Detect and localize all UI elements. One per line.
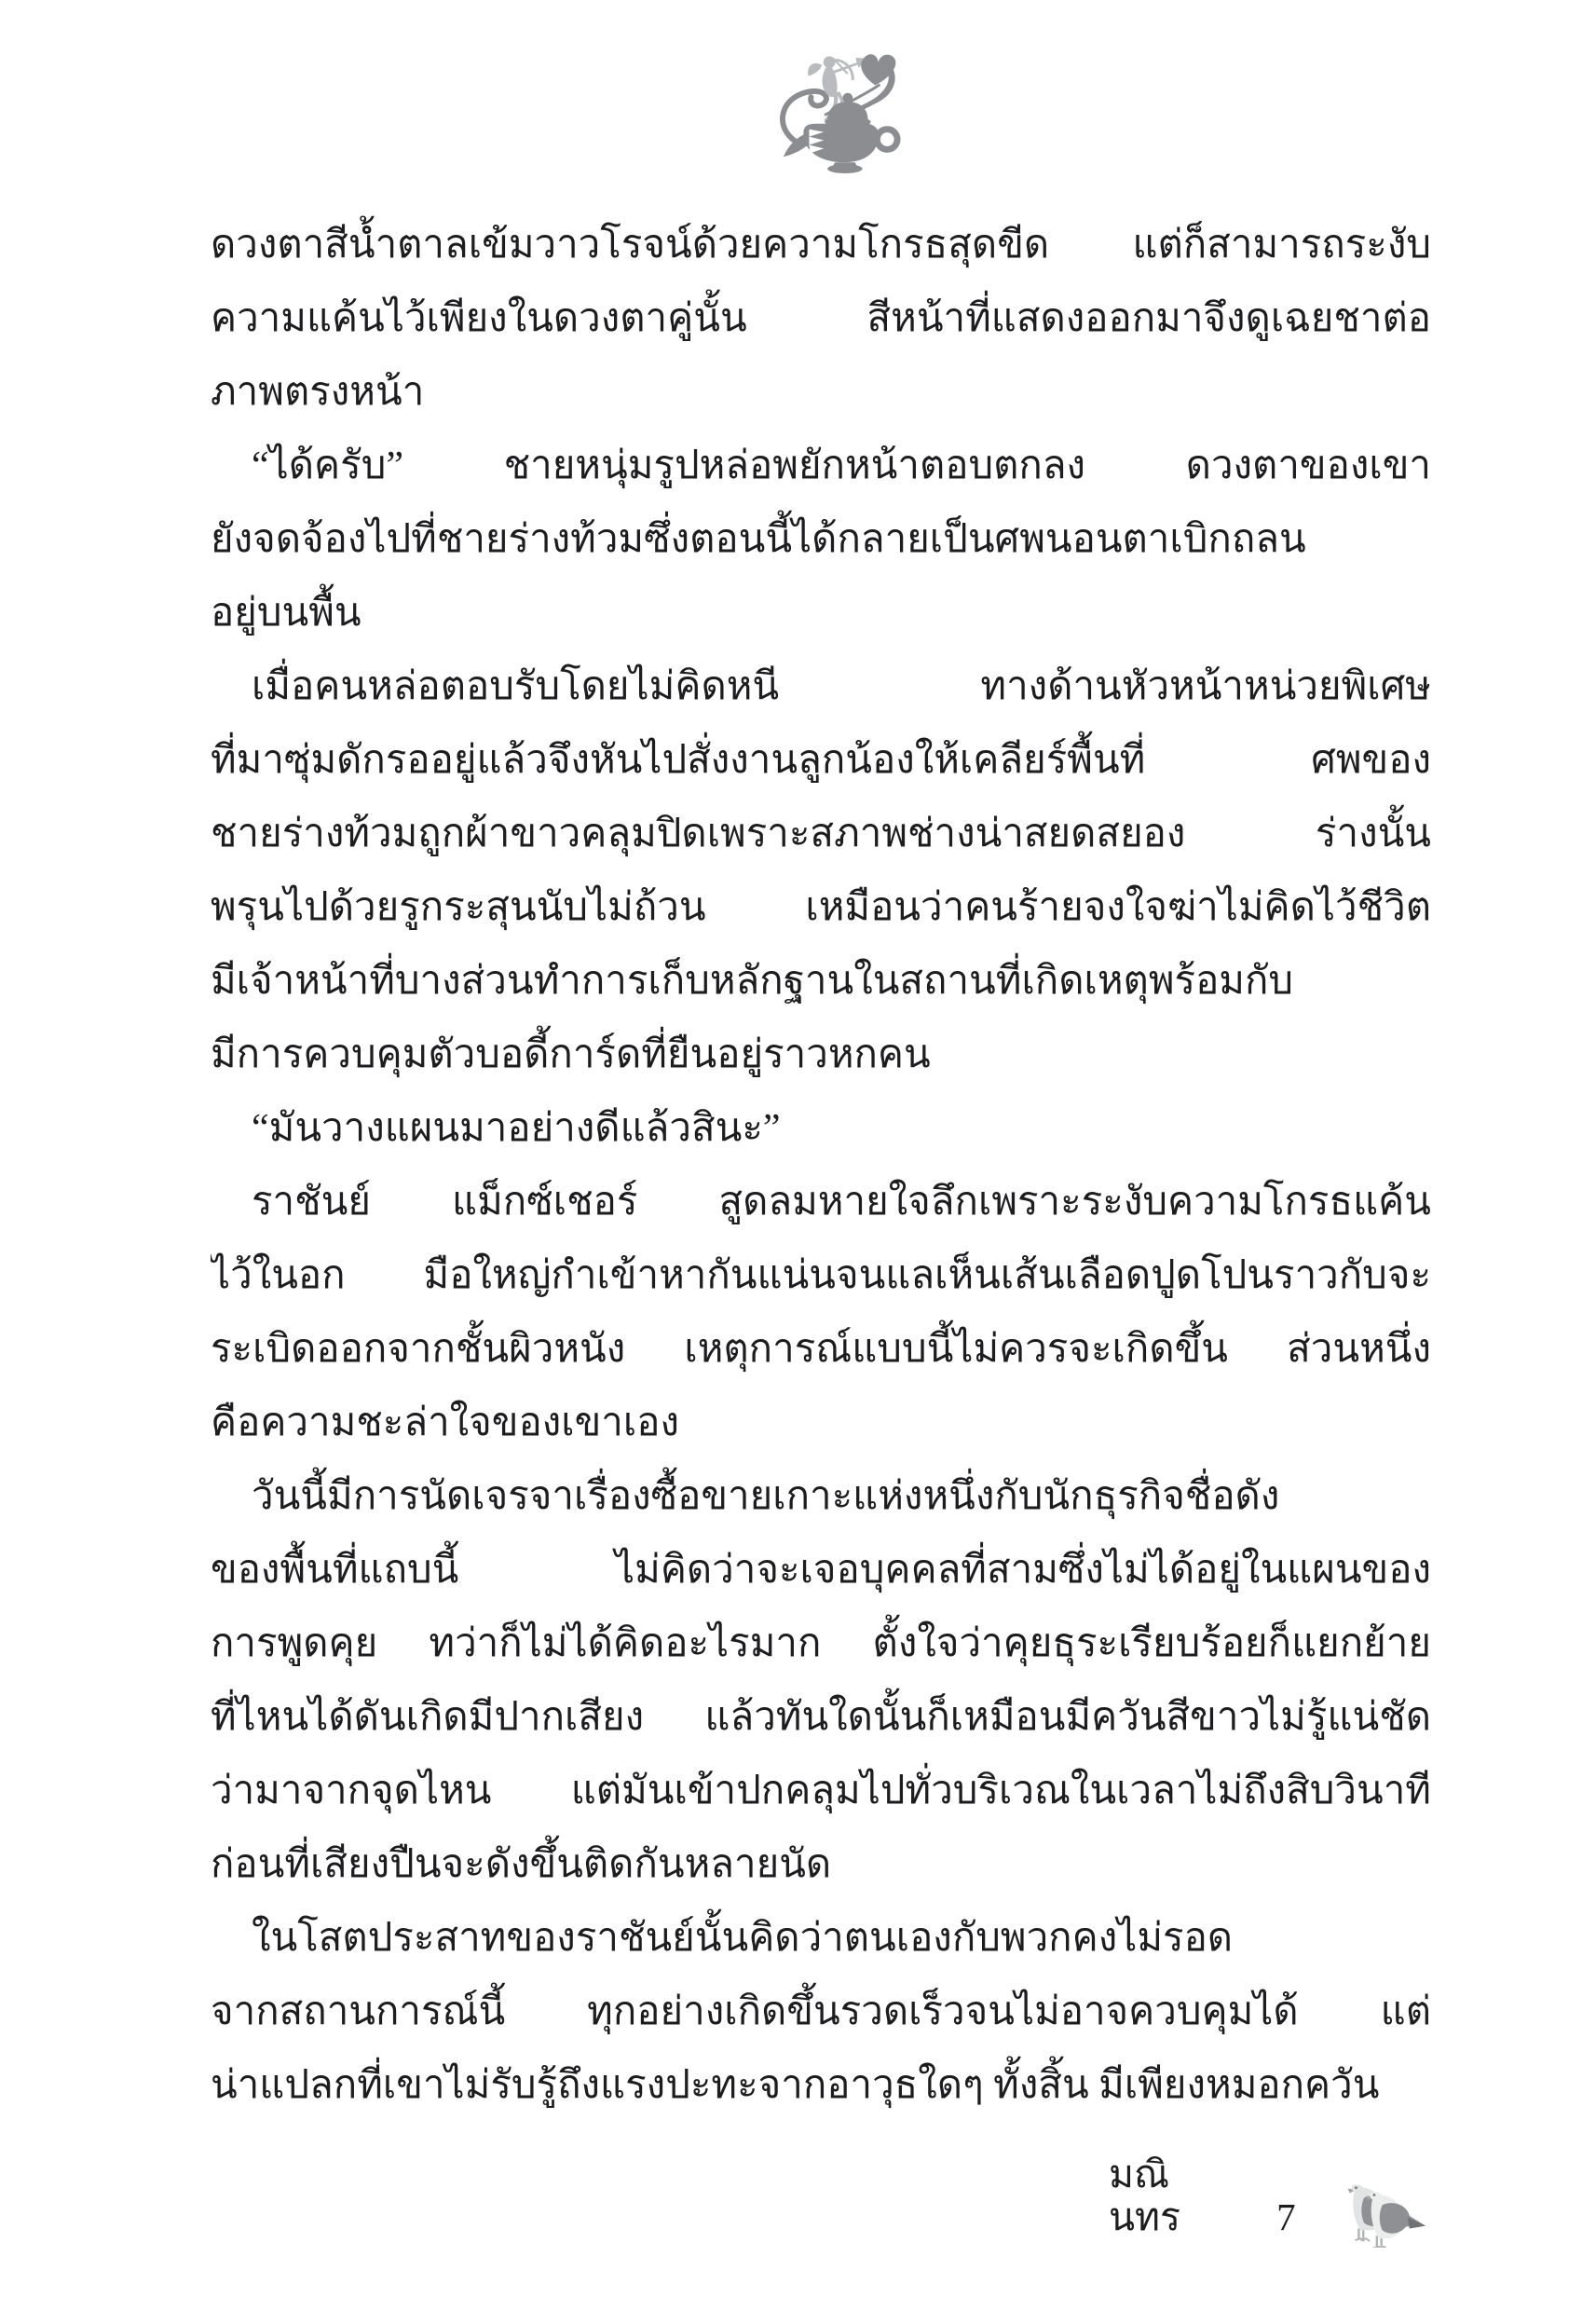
genie-lamp-icon bbox=[784, 93, 897, 173]
book-title: มณินทร bbox=[1109, 2153, 1237, 2248]
text-line: จากสถานการณ์นี้ ทุกอย่างเกิดขึ้นรวดเร็วจ… bbox=[211, 1976, 1431, 2049]
text-line: ภาพตรงหน้า bbox=[211, 356, 1431, 430]
text-line: ความแค้นไว้เพียงในดวงตาคู่นั้น สีหน้าที่… bbox=[211, 282, 1431, 356]
text-line: น่าแปลกที่เขาไม่รับรู้ถึงแรงปะทะจากอาวุธ… bbox=[211, 2049, 1431, 2123]
text-line: ราชันย์ แม็กซ์เชอร์ สูดลมหายใจลึกเพราะระ… bbox=[211, 1166, 1431, 1239]
cupid-genie-lamp-ornament-icon bbox=[768, 47, 907, 175]
body-text: ดวงตาสีน้ำตาลเข้มวาวโรจน์ด้วยความโกรธสุด… bbox=[211, 209, 1431, 2123]
text-line: ระเบิดออกจากชั้นผิวหนัง เหตุการณ์แบบนี้ไ… bbox=[211, 1313, 1431, 1387]
text-line: ก่อนที่เสียงปืนจะดังขึ้นติดกันหลายนัด bbox=[211, 1828, 1431, 1902]
text-line: ที่มาซุ่มดักรออยู่แล้วจึงหันไปสั่งงานลูก… bbox=[211, 724, 1431, 798]
text-line: “มันวางแผนมาอย่างดีแล้วสินะ” bbox=[211, 1092, 1431, 1166]
text-line: ของพื้นที่แถบนี้ ไม่คิดว่าจะเจอบุคคลที่ส… bbox=[211, 1534, 1431, 1607]
seagulls-icon bbox=[1339, 2175, 1425, 2248]
text-line: ยังจดจ้องไปที่ชายร่างท้วมซึ่งตอนนี้ได้กล… bbox=[211, 503, 1431, 577]
text-line: ไว้ในอก มือใหญ่กำเข้าหากันแน่นจนแลเห็นเส… bbox=[211, 1239, 1431, 1313]
text-line: อยู่บนพื้น bbox=[211, 577, 1431, 650]
text-line: การพูดคุย ทว่าก็ไม่ได้คิดอะไรมาก ตั้งใจว… bbox=[211, 1607, 1431, 1681]
text-line: คือความชะล่าใจของเขาเอง bbox=[211, 1387, 1431, 1460]
text-line: เมื่อคนหล่อตอบรับโดยไม่คิดหนี ทางด้านหัว… bbox=[211, 650, 1431, 724]
text-line: ว่ามาจากจุดไหน แต่มันเข้าปกคลุมไปทั่วบริ… bbox=[211, 1755, 1431, 1828]
book-page: ดวงตาสีน้ำตาลเข้มวาวโรจน์ด้วยความโกรธสุด… bbox=[0, 0, 1596, 2311]
seagull-front-icon bbox=[1366, 2192, 1425, 2248]
footer: มณินทร 7 bbox=[1109, 2164, 1425, 2248]
text-line: ชายร่างท้วมถูกผ้าขาวคลุมปิดเพราะสภาพช่าง… bbox=[211, 798, 1431, 871]
text-line: มีการควบคุมตัวบอดี้การ์ดที่ยืนอยู่ราวหกค… bbox=[211, 1019, 1431, 1092]
text-line: “ได้ครับ” ชายหนุ่มรูปหล่อพยักหน้าตอบตกลง… bbox=[211, 430, 1431, 503]
text-line: วันนี้มีการนัดเจรจาเรื่องซื้อขายเกาะแห่ง… bbox=[211, 1460, 1431, 1534]
text-line: ในโสตประสาทของราชันย์นั้นคิดว่าตนเองกับพ… bbox=[211, 1902, 1431, 1976]
text-line: มีเจ้าหน้าที่บางส่วนทำการเก็บหลักฐานในสถ… bbox=[211, 945, 1431, 1019]
text-line: ที่ไหนได้ดันเกิดมีปากเสียง แล้วทันใดนั้น… bbox=[211, 1681, 1431, 1755]
page-number: 7 bbox=[1237, 2195, 1296, 2248]
text-line: พรุนไปด้วยรูกระสุนนับไม่ถ้วน เหมือนว่าคน… bbox=[211, 871, 1431, 945]
text-line: ดวงตาสีน้ำตาลเข้มวาวโรจน์ด้วยความโกรธสุด… bbox=[211, 209, 1431, 282]
